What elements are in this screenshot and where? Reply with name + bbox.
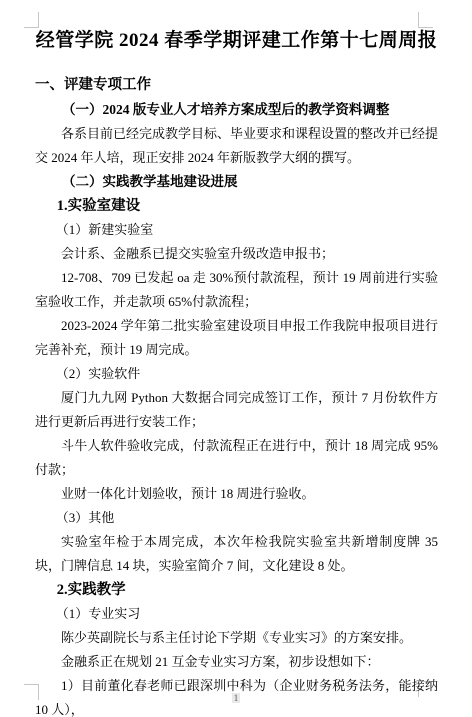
page-footer: 1 xyxy=(0,688,472,706)
page-number: 1 xyxy=(232,693,241,703)
subheading-1-2: （二）实践教学基地建设进展 xyxy=(35,170,438,194)
paragraph-finance-plan: 金融系正在规划 21 互金专业实习方案，初步设想如下： xyxy=(35,650,438,674)
item-lab-software: （2）实验软件 xyxy=(35,362,438,386)
paragraph-internship-plan: 陈少英副院长与系主任讨论下学期《专业实习》的方案安排。 xyxy=(35,626,438,650)
subheading-1-1: （一）2024 版专业人才培养方案成型后的教学资料调整 xyxy=(35,98,438,122)
paragraph-python-contract: 厦门九九网 Python 大数据合同完成签订工作，预计 7 月份软件方进行更新后… xyxy=(35,386,438,434)
paragraph-yecai-acceptance: 业财一体化计划验收，预计 18 周进行验收。 xyxy=(35,482,438,506)
item-internship: （1）专业实习 xyxy=(35,602,438,626)
item-new-lab: （1）新建实验室 xyxy=(35,218,438,242)
document-title: 经管学院 2024 春季学期评建工作第十七周周报 xyxy=(35,26,438,56)
paragraph-training-plan: 各系目前已经完成教学目标、毕业要求和课程设置的整改并已经提交 2024 年人培，… xyxy=(35,122,438,170)
paragraph-douniuren: 斗牛人软件验收完成，付款流程正在进行中，预计 18 周完成 95%付款； xyxy=(35,434,438,482)
heading-section-1: 一、评建专项工作 xyxy=(35,72,438,98)
paragraph-lab-payment: 12-708、709 已发起 oa 走 30%预付款流程，预计 19 周前进行实… xyxy=(35,266,438,314)
paragraph-annual-inspection: 实验室年检于本周完成，本次年检我院实验室共新增制度牌 35 块，门牌信息 14 … xyxy=(35,530,438,578)
item-other: （3）其他 xyxy=(35,506,438,530)
heading-practice-teaching: 2.实践教学 xyxy=(35,578,438,602)
document-page: 经管学院 2024 春季学期评建工作第十七周周报 一、评建专项工作 （一）202… xyxy=(35,26,438,717)
paragraph-lab-application: 会计系、金融系已提交实验室升级改造申报书； xyxy=(35,242,438,266)
heading-lab-construction: 1.实验室建设 xyxy=(35,194,438,218)
paragraph-lab-project: 2023-2024 学年第二批实验室建设项目申报工作我院申报项目进行完善补充，预… xyxy=(35,314,438,362)
